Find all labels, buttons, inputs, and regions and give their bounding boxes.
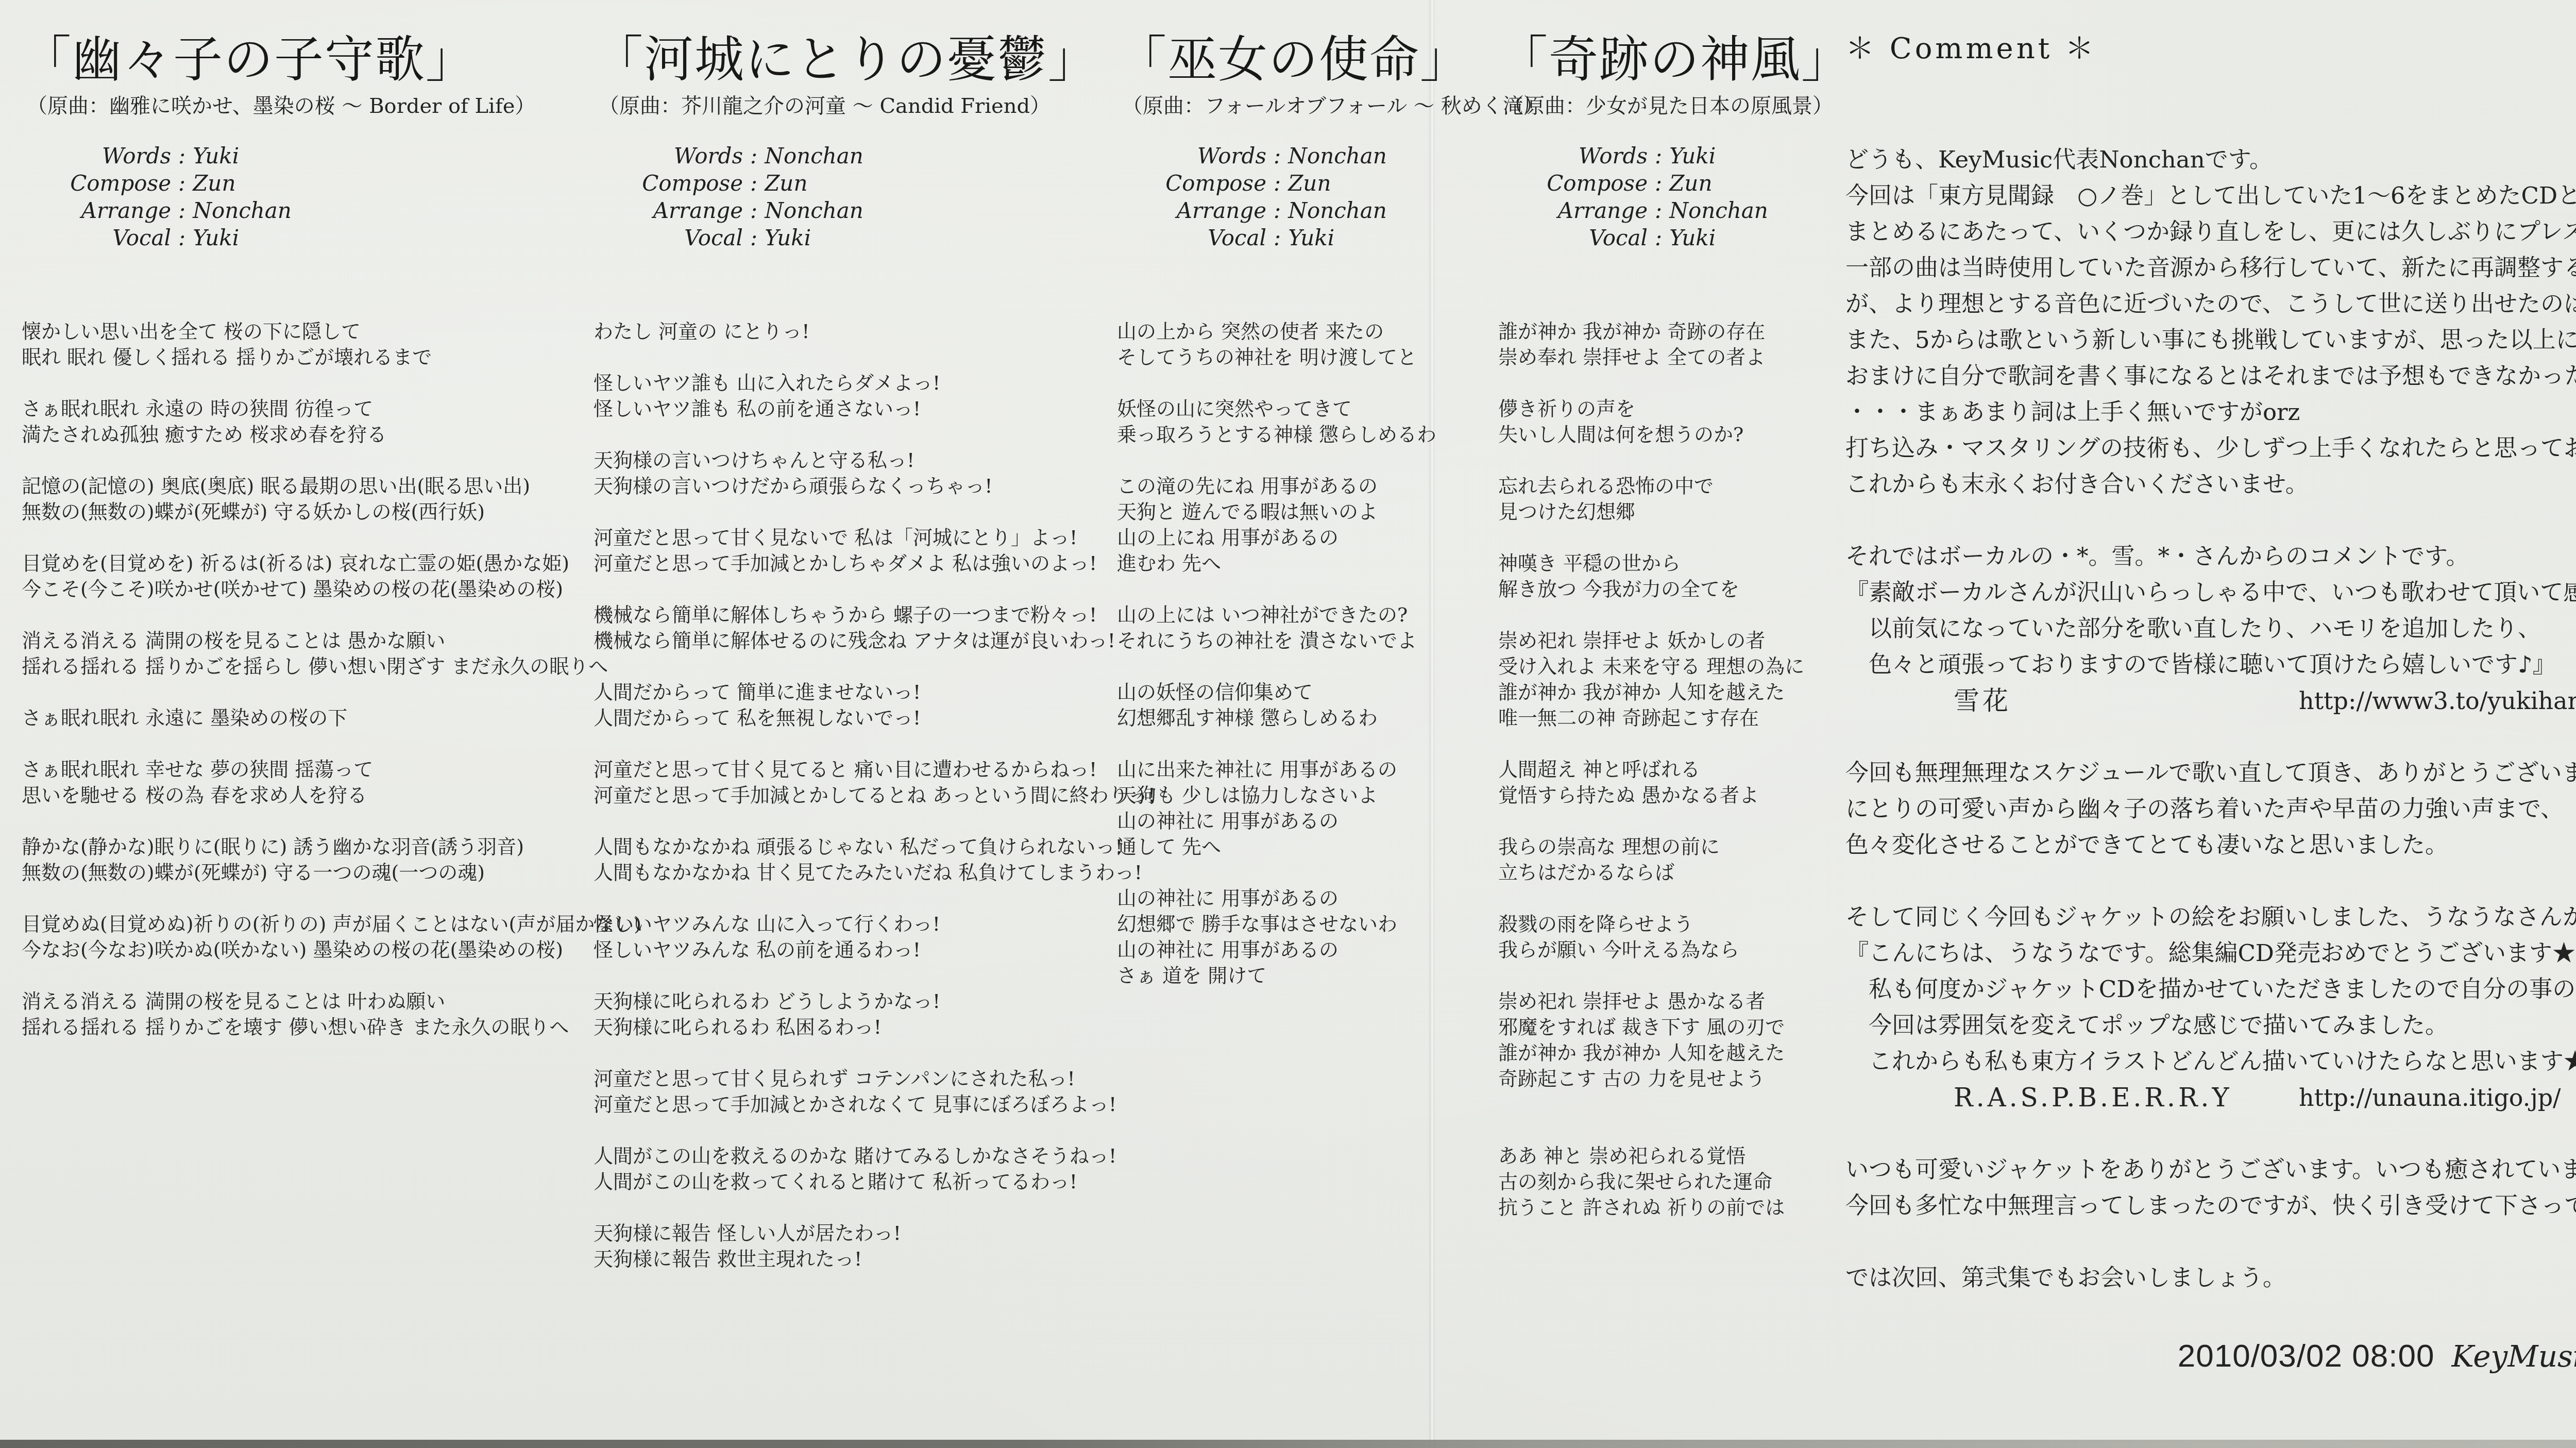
song-column-yuyuko-lullaby: 「幽々子の子守歌」（原曲：幽雅に咲かせ、墨染の桜 ～ Border of Lif… (22, 31, 575, 1066)
lyric-line: 消える消える 満開の桜を見ることは 叶わぬ願い (22, 988, 575, 1014)
lyric-line: 満たされぬ孤独 癒すため 桜求め春を狩る (22, 422, 575, 447)
lyric-stanza: 目覚めを(目覚めを) 祈るは(祈るは) 哀れな亡霊の姫(愚かな姫)今こそ(今こそ… (22, 550, 575, 602)
credit-value: Zun (1288, 171, 1331, 196)
lyric-line: 立ちはだかるならば (1498, 860, 1859, 885)
song-title: 「奇跡の神風」 (1498, 31, 1859, 88)
credit-separator: : (171, 142, 193, 170)
lyric-line: 怪しいヤツ誰も 山に入れたらダメよっ! (594, 370, 1109, 396)
lyric-line: 無数の(無数の)蝶が(死蝶が) 守る一つの魂(一つの魂) (22, 860, 575, 885)
credit-separator: : (1266, 224, 1288, 251)
song-column-miracle-kamikaze: 「奇跡の神風」（原曲：少女が見た日本の原風景）Words:YukiCompose… (1498, 31, 1859, 1246)
lyric-line: 神嘆き 平穏の世から (1498, 550, 1859, 576)
comment-line: 色々変化させることができてとても凄いなと思いました。 (1845, 827, 2576, 863)
lyric-line: 消える消える 満開の桜を見ることは 愚かな願い (22, 628, 575, 653)
lyric-line: 殺戮の雨を降らせよう (1498, 911, 1859, 937)
comment-block: そして同じく今回もジャケットの絵をお願いしました、うなうなさんからのコメントです… (1845, 899, 2576, 1116)
comment-block: 今回も無理無理なスケジュールで歌い直して頂き、ありがとうございました。にとりの可… (1845, 755, 2576, 863)
lyric-stanza: 河童だと思って甘く見ないで 私は「河城にとり」よっ!河童だと思って手加減とかしち… (594, 525, 1109, 576)
credit-value: Nonchan (765, 198, 863, 223)
lyric-stanza: 天狗様の言いつけちゃんと守る私っ!天狗様の言いつけだから頑張らなくっちゃっ! (594, 447, 1109, 499)
credit-label: Compose (22, 170, 171, 197)
comment-line: 色々と頑張っておりますので皆様に聴いて頂けたら嬉しいです♪』 (1845, 647, 2576, 683)
lyric-line: わたし 河童の にとりっ! (594, 318, 1109, 344)
lyric-line: 我らの崇高な 理想の前に (1498, 834, 1859, 860)
lyric-stanza: 崇め祀れ 崇拝せよ 妖かしの者受け入れよ 未来を守る 理想の為に誰が神か 我が神… (1498, 628, 1859, 731)
lyric-line: 無数の(無数の)蝶が(死蝶が) 守る妖かしの桜(西行妖) (22, 499, 575, 525)
lyric-line: 揺れる揺れる 揺りかごを揺らし 儚い想い閉ざす まだ永久の眠りへ (22, 653, 575, 679)
lyric-stanza: 機械なら簡単に解体しちゃうから 螺子の一つまで粉々っ!機械なら簡単に解体せるのに… (594, 602, 1109, 653)
credit-line: Words:Nonchan (594, 142, 1109, 170)
credit-line: Words:Yuki (1498, 142, 1859, 170)
lyric-line: 怪しいヤツ誰も 私の前を通さないっ! (594, 396, 1109, 422)
comment-line: それではボーカルの・*。雪。*・さんからのコメントです。 (1845, 538, 2576, 575)
credit-line: Arrange:Nonchan (22, 197, 575, 224)
lyric-stanza: 殺戮の雨を降らせよう我らが願い 今叶える為なら (1498, 911, 1859, 963)
lyric-stanza: 懐かしい思い出を全て 桜の下に隠して眠れ 眠れ 優しく揺れる 揺りかごが壊れるま… (22, 318, 575, 370)
comment-block: それではボーカルの・*。雪。*・さんからのコメントです。『素敵ボーカルさんが沢山… (1845, 538, 2576, 719)
lyric-stanza: さぁ眠れ眠れ 幸せな 夢の狭間 揺蕩って思いを馳せる 桜の為 春を求め人を狩る (22, 756, 575, 808)
lyric-stanza: 河童だと思って甘く見られず コテンパンにされた私っ!河童だと思って手加減とかされ… (594, 1066, 1109, 1117)
lyric-stanza: 怪しいヤツ誰も 山に入れたらダメよっ!怪しいヤツ誰も 私の前を通さないっ! (594, 370, 1109, 422)
lyric-line: 人間超え 神と呼ばれる (1498, 756, 1859, 782)
lyric-line: 静かな(静かな)眠りに(眠りに) 誘う幽かな羽音(誘う羽音) (22, 834, 575, 860)
credit-separator: : (1266, 170, 1288, 197)
lyric-line: 誰が神か 我が神か 人知を越えた (1498, 1040, 1859, 1066)
credit-value: Yuki (193, 143, 239, 169)
credit-value: Nonchan (1669, 198, 1768, 223)
comment-sign-url: http://www3.to/yukihana/ (2299, 683, 2576, 719)
lyric-line: 河童だと思って手加減とかされなくて 見事にぼろぼろよっ! (594, 1091, 1109, 1117)
credit-line: Vocal:Yuki (22, 224, 575, 251)
lyric-stanza: 人間超え 神と呼ばれる覚悟すら持たぬ 愚かなる者よ (1498, 756, 1859, 808)
credit-label: Compose (1498, 170, 1648, 197)
lyric-line: 解き放つ 今我が力の全てを (1498, 576, 1859, 602)
lyric-line: 天狗様に報告 救世主現れたっ! (594, 1246, 1109, 1272)
lyric-stanza: 記憶の(記憶の) 奥底(奥底) 眠る最期の思い出(眠る思い出)無数の(無数の)蝶… (22, 473, 575, 525)
lyric-stanza: 神嘆き 平穏の世から解き放つ 今我が力の全てを (1498, 550, 1859, 602)
song-credits: Words:YukiCompose:ZunArrange:NonchanVoca… (22, 142, 575, 251)
lyric-line: 懐かしい思い出を全て 桜の下に隠して (22, 318, 575, 344)
lyric-line: 天狗様の言いつけちゃんと守る私っ! (594, 447, 1109, 473)
comment-column: ＊ Comment ＊ どうも、KeyMusic代表Nonchanです。今回は「… (1845, 31, 2576, 1375)
comment-line: 今回は「東方見聞録 ○ノ巻」として出していた1～6をまとめたCDとなります。 (1845, 178, 2576, 214)
lyric-stanza: 人間だからって 簡単に進ませないっ!人間だからって 私を無視しないでっ! (594, 679, 1109, 731)
lyric-line: 河童だと思って甘く見られず コテンパンにされた私っ! (594, 1066, 1109, 1091)
lyric-line: 抗うこと 許されぬ 祈りの前では (1498, 1194, 1859, 1220)
credit-separator: : (171, 170, 193, 197)
credit-label: Words (1117, 142, 1266, 170)
credit-line: Arrange:Nonchan (594, 197, 1109, 224)
booklet-spread: 「幽々子の子守歌」（原曲：幽雅に咲かせ、墨染の桜 ～ Border of Lif… (0, 0, 2576, 1448)
song-origin-track: （原曲：芥川龍之介の河童 ～ Candid Friend） (599, 91, 1109, 122)
signoff-datetime: 2010/03/02 08:00 (2178, 1338, 2435, 1374)
lyric-line: 目覚めを(目覚めを) 祈るは(祈るは) 哀れな亡霊の姫(愚かな姫) (22, 550, 575, 576)
lyric-line: 唯一無二の神 奇跡起こす存在 (1498, 705, 1859, 731)
credit-label: Vocal (1117, 224, 1266, 251)
lyric-line: 河童だと思って甘く見ないで 私は「河城にとり」よっ! (594, 525, 1109, 550)
lyric-line: 崇め奉れ 崇拝せよ 全ての者よ (1498, 344, 1859, 370)
credit-label: Words (22, 142, 171, 170)
credit-value: Yuki (1669, 143, 1716, 169)
lyric-line: 河童だと思って手加減とかしちゃダメよ 私は強いのよっ! (594, 550, 1109, 576)
lyric-line: 機械なら簡単に解体しちゃうから 螺子の一つまで粉々っ! (594, 602, 1109, 628)
lyric-line: 天狗様の言いつけだから頑張らなくっちゃっ! (594, 473, 1109, 499)
credit-label: Arrange (1498, 197, 1648, 224)
lyric-stanza: 崇め祀れ 崇拝せよ 愚かなる者邪魔をすれば 裁き下す 風の刃で誰が神か 我が神か… (1498, 988, 1859, 1091)
lyric-line: 誰が神か 我が神か 人知を越えた (1498, 679, 1859, 705)
lyric-line: 誰が神か 我が神か 奇跡の存在 (1498, 318, 1859, 344)
lyric-line: 機械なら簡単に解体せるのに残念ね アナタは運が良いわっ! (594, 628, 1109, 653)
credit-separator: : (743, 197, 765, 224)
credit-line: Vocal:Yuki (1498, 224, 1859, 251)
lyric-line: さぁ眠れ眠れ 永遠の 時の狭間 彷徨って (22, 396, 575, 422)
song-credits: Words:NonchanCompose:ZunArrange:NonchanV… (594, 142, 1109, 251)
lyric-line: 天狗様に叱られるわ どうしようかなっ! (594, 988, 1109, 1014)
credit-value: Nonchan (1288, 198, 1387, 223)
lyric-stanza: 目覚めぬ(目覚めぬ)祈りの(祈りの) 声が届くことはない(声が届かない)今なお(… (22, 911, 575, 963)
comment-sign-row: 雪花http://www3.to/yukihana/ (1845, 683, 2576, 719)
credit-value: Nonchan (193, 198, 292, 223)
lyric-stanza: 静かな(静かな)眠りに(眠りに) 誘う幽かな羽音(誘う羽音)無数の(無数の)蝶が… (22, 834, 575, 885)
lyric-line: 思いを馳せる 桜の為 春を求め人を狩る (22, 782, 575, 808)
credit-label: Words (594, 142, 743, 170)
lyric-stanza: 我らの崇高な 理想の前に立ちはだかるならば (1498, 834, 1859, 885)
credit-value: Zun (1669, 171, 1712, 196)
comment-block: いつも可愛いジャケットをありがとうございます。いつも癒されています。今回も多忙な… (1845, 1152, 2576, 1224)
credit-line: Compose:Zun (1498, 170, 1859, 197)
credit-separator: : (743, 142, 765, 170)
comment-line: まとめるにあたって、いくつか録り直しをし、更には久しぶりにプレスCDでの発行とな… (1845, 214, 2576, 250)
lyric-line: さぁ眠れ眠れ 永遠に 墨染めの桜の下 (22, 705, 575, 731)
comment-line: おまけに自分で歌詞を書く事になるとはそれまでは予想もできなかったです。 (1845, 358, 2576, 394)
comment-line: 今回は雰囲気を変えてポップな感じで描いてみました。 (1845, 1007, 2576, 1043)
lyric-line: 記憶の(記憶の) 奥底(奥底) 眠る最期の思い出(眠る思い出) (22, 473, 575, 499)
comment-line: そして同じく今回もジャケットの絵をお願いしました、うなうなさんからのコメントです… (1845, 899, 2576, 935)
lyric-line: 崇め祀れ 崇拝せよ 愚かなる者 (1498, 988, 1859, 1014)
lyric-line: 人間もなかなかね 甘く見てたみたいだね 私負けてしまうわっ! (594, 860, 1109, 885)
lyric-line: 天狗様に叱られるわ 私困るわっ! (594, 1014, 1109, 1040)
signoff-line: 2010/03/02 08:00 KeyMusic 2nd.Studioにて。 (1845, 1332, 2576, 1375)
lyric-line: 見つけた幻想郷 (1498, 499, 1859, 525)
lyric-stanza: 人間もなかなかね 頑張るじゃない 私だって負けられないっ!人間もなかなかね 甘く… (594, 834, 1109, 885)
lyric-stanza: 消える消える 満開の桜を見ることは 愚かな願い揺れる揺れる 揺りかごを揺らし 儚… (22, 628, 575, 679)
credit-value: Zun (765, 171, 807, 196)
credit-label: Arrange (594, 197, 743, 224)
credit-separator: : (1648, 197, 1669, 224)
comment-line: にとりの可愛い声から幽々子の落ち着いた声や早苗の力強い声まで、 (1845, 791, 2576, 827)
song-title: 「河城にとりの憂鬱」 (594, 31, 1109, 88)
credit-separator: : (743, 224, 765, 251)
lyric-line: 失いし人間は何を想うのか? (1498, 422, 1859, 447)
lyric-line: ああ 神と 崇め祀られる覚悟 (1498, 1143, 1859, 1169)
credit-value: Yuki (1669, 225, 1716, 250)
lyric-line: 受け入れよ 未来を守る 理想の為に (1498, 653, 1859, 679)
lyric-stanza: わたし 河童の にとりっ! (594, 318, 1109, 344)
lyric-stanza: 怪しいヤツみんな 山に入って行くわっ!怪しいヤツみんな 私の前を通るわっ! (594, 911, 1109, 963)
song-column-nitori-melancholy: 「河城にとりの憂鬱」（原曲：芥川龍之介の河童 ～ Candid Friend）W… (594, 31, 1109, 1298)
lyric-line: 人間がこの山を救ってくれると賭けて 私祈ってるわっ! (594, 1169, 1109, 1194)
lyric-stanza: 儚き祈りの声を失いし人間は何を想うのか? (1498, 396, 1859, 447)
lyric-line: 怪しいヤツみんな 山に入って行くわっ! (594, 911, 1109, 937)
credit-value: Nonchan (765, 143, 863, 169)
credit-value: Yuki (765, 225, 811, 250)
credit-value: Zun (193, 171, 235, 196)
song-origin-track: （原曲：少女が見た日本の原風景） (1503, 91, 1859, 122)
comment-line: いつも可愛いジャケットをありがとうございます。いつも癒されています。 (1845, 1152, 2576, 1188)
comment-line: 打ち込み・マスタリングの技術も、少しずつ上手くなれたらと思っておりますので、 (1845, 430, 2576, 466)
lyric-line: 儚き祈りの声を (1498, 396, 1859, 422)
comment-block: では次回、第弐集でもお会いしましょう。 (1845, 1260, 2576, 1296)
lyric-stanza: 天狗様に報告 怪しい人が居たわっ!天狗様に報告 救世主現れたっ! (594, 1220, 1109, 1272)
credit-separator: : (171, 197, 193, 224)
lyric-stanza: 消える消える 満開の桜を見ることは 叶わぬ願い揺れる揺れる 揺りかごを壊す 儚い… (22, 988, 575, 1040)
credit-value: Yuki (1288, 225, 1334, 250)
lyric-stanza: 忘れ去られる恐怖の中で見つけた幻想郷 (1498, 473, 1859, 525)
lyric-line: 目覚めぬ(目覚めぬ)祈りの(祈りの) 声が届くことはない(声が届かない) (22, 911, 575, 937)
lyric-line: 怪しいヤツみんな 私の前を通るわっ! (594, 937, 1109, 963)
lyric-stanza: 人間がこの山を救えるのかな 賭けてみるしかなさそうねっ!人間がこの山を救ってくれ… (594, 1143, 1109, 1194)
comment-sign-row: R.A.S.P.B.E.R.R.Yhttp://unauna.itigo.jp/ (1845, 1080, 2576, 1116)
lyric-line: 河童だと思って甘く見てると 痛い目に遭わせるからねっ! (594, 756, 1109, 782)
credit-label: Arrange (1117, 197, 1266, 224)
signoff-studio: KeyMusic 2nd.Studioにて。 (2452, 1339, 2576, 1374)
credit-label: Words (1498, 142, 1648, 170)
song-origin-track: （原曲：幽雅に咲かせ、墨染の桜 ～ Border of Life） (27, 91, 575, 122)
credit-separator: : (1648, 142, 1669, 170)
comment-block: どうも、KeyMusic代表Nonchanです。今回は「東方見聞録 ○ノ巻」とし… (1845, 142, 2576, 502)
comment-line: が、より理想とする音色に近づいたので、こうして世に送り出せたのは嬉しいです。 (1845, 286, 2576, 322)
credit-separator: : (743, 170, 765, 197)
lyric-stanza: さぁ眠れ眠れ 永遠に 墨染めの桜の下 (22, 705, 575, 731)
scan-bottom-edge (0, 1440, 2576, 1448)
credit-value: Nonchan (1288, 143, 1387, 169)
lyric-line: 人間もなかなかね 頑張るじゃない 私だって負けられないっ! (594, 834, 1109, 860)
comment-line: では次回、第弐集でもお会いしましょう。 (1845, 1260, 2576, 1296)
lyric-line: 人間だからって 私を無視しないでっ! (594, 705, 1109, 731)
song-credits: Words:YukiCompose:ZunArrange:NonchanVoca… (1498, 142, 1859, 251)
credit-line: Arrange:Nonchan (1498, 197, 1859, 224)
comment-line: 今回も多忙な中無理言ってしまったのですが、快く引き受けて下さって大変感謝しており… (1845, 1188, 2576, 1224)
comment-line: 以前気になっていた部分を歌い直したり、ハモリを追加したり、 (1845, 611, 2576, 647)
lyric-line: 邪魔をすれば 裁き下す 風の刃で (1498, 1014, 1859, 1040)
credit-separator: : (1266, 197, 1288, 224)
credit-label: Compose (594, 170, 743, 197)
comment-body: どうも、KeyMusic代表Nonchanです。今回は「東方見聞録 ○ノ巻」とし… (1845, 142, 2576, 1296)
lyric-line: 人間がこの山を救えるのかな 賭けてみるしかなさそうねっ! (594, 1143, 1109, 1169)
lyric-stanza: ああ 神と 崇め祀られる覚悟古の刻から我に架せられた運命抗うこと 許されぬ 祈り… (1498, 1143, 1859, 1220)
song-lyrics: 懐かしい思い出を全て 桜の下に隠して眠れ 眠れ 優しく揺れる 揺りかごが壊れるま… (22, 318, 575, 1040)
comment-line: 『素敵ボーカルさんが沢山いらっしゃる中で、いつも歌わせて頂いて感謝・感謝です。 (1845, 575, 2576, 611)
comment-line: 私も何度かジャケットCDを描かせていただきましたので自分の事のように嬉しく思いま… (1845, 971, 2576, 1007)
comment-sign-url: http://unauna.itigo.jp/ (2299, 1080, 2561, 1116)
lyric-line: 我らが願い 今叶える為なら (1498, 937, 1859, 963)
lyric-line: さぁ眠れ眠れ 幸せな 夢の狭間 揺蕩って (22, 756, 575, 782)
comment-line: どうも、KeyMusic代表Nonchanです。 (1845, 142, 2576, 178)
credit-label: Arrange (22, 197, 171, 224)
credit-label: Vocal (594, 224, 743, 251)
lyric-line: 今こそ(今こそ)咲かせ(咲かせて) 墨染めの桜の花(墨染めの桜) (22, 576, 575, 602)
credit-line: Words:Yuki (22, 142, 575, 170)
lyric-stanza: 天狗様に叱られるわ どうしようかなっ!天狗様に叱られるわ 私困るわっ! (594, 988, 1109, 1040)
lyric-line: 古の刻から我に架せられた運命 (1498, 1169, 1859, 1194)
lyric-line: 奇跡起こす 古の 力を見せよう (1498, 1066, 1859, 1091)
comment-line: ・・・まぁあまり詞は上手く無いですがorz (1845, 394, 2576, 430)
lyric-stanza: 河童だと思って甘く見てると 痛い目に遭わせるからねっ!河童だと思って手加減とかし… (594, 756, 1109, 808)
comment-line: 一部の曲は当時使用していた音源から移行していて、新たに再調整するのが大変でした・… (1845, 250, 2576, 286)
comment-line: また、5からは歌という新しい事にも挑戦していますが、思った以上に録音環境の整備に… (1845, 322, 2576, 358)
credit-separator: : (1648, 170, 1669, 197)
comment-sign-name: 雪花 (1954, 683, 2011, 719)
comment-line: 『こんにちは、うなうなです。総集編CD発売おめでとうございます★ (1845, 935, 2576, 971)
credit-separator: : (1266, 142, 1288, 170)
credit-separator: : (1648, 224, 1669, 251)
credit-label: Compose (1117, 170, 1266, 197)
credit-line: Vocal:Yuki (594, 224, 1109, 251)
comment-heading: ＊ Comment ＊ (1845, 31, 2576, 67)
lyric-line: 覚悟すら持たぬ 愚かなる者よ (1498, 782, 1859, 808)
comment-line: これからも末永くお付き合いくださいませ。 (1845, 466, 2576, 502)
credit-line: Compose:Zun (594, 170, 1109, 197)
comment-line: 今回も無理無理なスケジュールで歌い直して頂き、ありがとうございました。 (1845, 755, 2576, 791)
lyric-line: 今なお(今なお)咲かぬ(咲かない) 墨染めの桜の花(墨染めの桜) (22, 937, 575, 963)
credit-label: Vocal (1498, 224, 1648, 251)
comment-sign-name: R.A.S.P.B.E.R.R.Y (1954, 1080, 2232, 1116)
credit-separator: : (171, 224, 193, 251)
lyric-stanza: さぁ眠れ眠れ 永遠の 時の狭間 彷徨って満たされぬ孤独 癒すため 桜求め春を狩る (22, 396, 575, 447)
lyric-line: 河童だと思って手加減とかしてるとね あっという間に終わりっ! (594, 782, 1109, 808)
lyric-stanza: 誰が神か 我が神か 奇跡の存在崇め奉れ 崇拝せよ 全ての者よ (1498, 318, 1859, 370)
credit-line: Compose:Zun (22, 170, 575, 197)
credit-label: Vocal (22, 224, 171, 251)
credit-value: Yuki (193, 225, 239, 250)
lyric-line: 眠れ 眠れ 優しく揺れる 揺りかごが壊れるまで (22, 344, 575, 370)
lyric-line: 揺れる揺れる 揺りかごを壊す 儚い想い砕き また永久の眠りへ (22, 1014, 575, 1040)
song-lyrics: わたし 河童の にとりっ!怪しいヤツ誰も 山に入れたらダメよっ!怪しいヤツ誰も … (594, 318, 1109, 1272)
comment-line: これからも私も東方イラストどんどん描いていけたらなと思います★』 (1845, 1043, 2576, 1080)
lyric-line: 忘れ去られる恐怖の中で (1498, 473, 1859, 499)
lyric-line: 崇め祀れ 崇拝せよ 妖かしの者 (1498, 628, 1859, 653)
song-lyrics: 誰が神か 我が神か 奇跡の存在崇め奉れ 崇拝せよ 全ての者よ儚き祈りの声を失いし… (1498, 318, 1859, 1220)
lyric-line: 人間だからって 簡単に進ませないっ! (594, 679, 1109, 705)
lyric-line: 天狗様に報告 怪しい人が居たわっ! (594, 1220, 1109, 1246)
song-title: 「幽々子の子守歌」 (22, 31, 575, 88)
